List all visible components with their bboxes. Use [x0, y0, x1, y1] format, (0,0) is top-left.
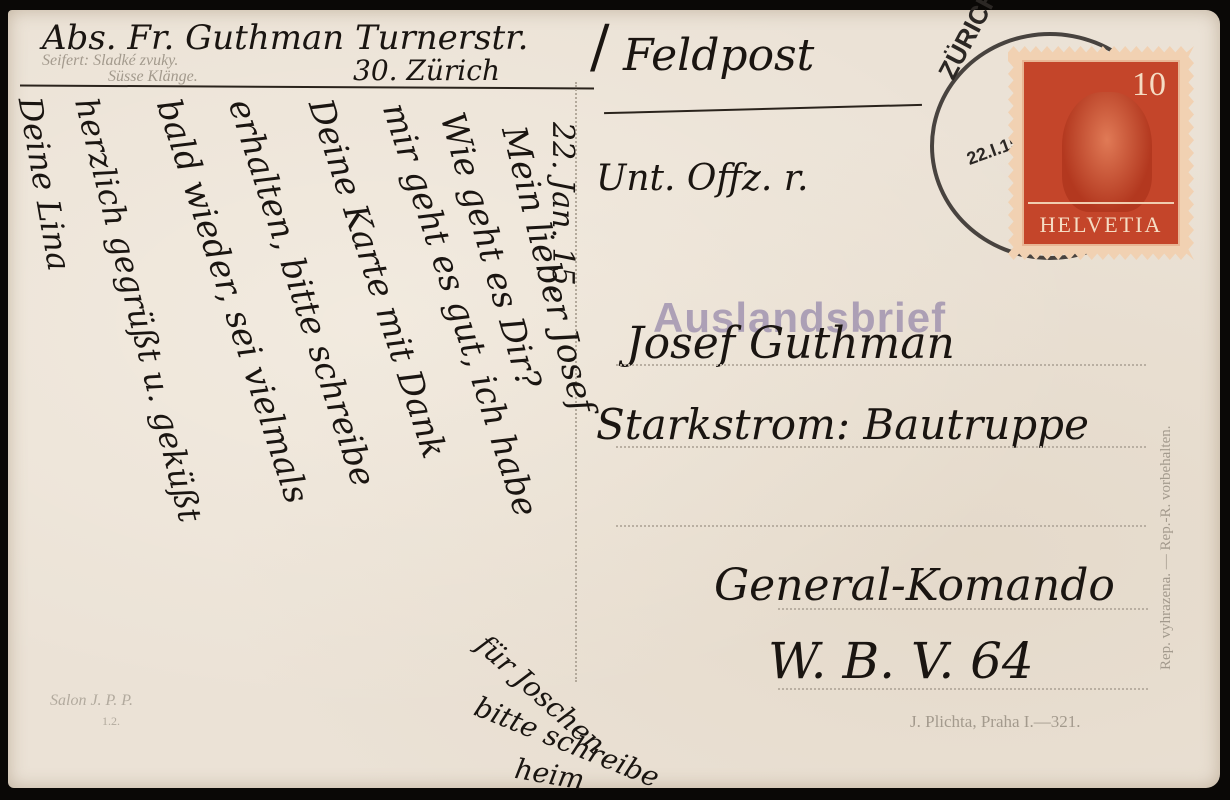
address-line-4	[778, 608, 1148, 610]
series-number: 1.2.	[102, 714, 120, 729]
recipient-location: W. B. V. 64	[768, 632, 1034, 690]
feldpost-marking: Feldpost	[623, 30, 814, 81]
stamp-value: 10	[1132, 66, 1166, 104]
recipient-rank: Unt. Offz. r.	[596, 158, 808, 199]
song-caption-line2: Süsse Klänge.	[108, 68, 198, 86]
recipient-command: General-Komando	[714, 560, 1115, 611]
address-line-5	[778, 688, 1148, 690]
recipient-unit: Starkstrom: Bautruppe	[596, 400, 1089, 449]
feldpost-underline	[604, 104, 922, 114]
sender-line2: 30. Zürich	[353, 54, 500, 87]
address-line-1	[616, 364, 1146, 366]
recipient-name: Josef Guthman	[626, 318, 955, 369]
series-mark: Salon J. P. P.	[50, 692, 133, 710]
rights-notice: Rep. vyhrazena. — Rep.-R. vorbehalten.	[1158, 425, 1175, 670]
publisher-imprint: J. Plichta, Praha I.—321.	[910, 712, 1080, 732]
top-rule	[20, 84, 594, 89]
message-line-8: Deine Lina	[11, 94, 79, 274]
postcard: Seifert: Sladké zvuky. Süsse Klänge. Abs…	[8, 10, 1220, 788]
address-line-2	[616, 446, 1146, 448]
slash-mark: /	[590, 12, 610, 80]
address-line-3	[616, 525, 1146, 527]
tell-portrait-icon	[1062, 92, 1152, 212]
stamp-face: 10 HELVETIA	[1022, 60, 1180, 246]
sender-line1: Abs. Fr. Guthman Turnerstr.	[42, 18, 528, 58]
stamp-band	[1028, 202, 1174, 204]
postage-stamp: 10 HELVETIA	[1008, 46, 1194, 260]
stamp-country: HELVETIA	[1024, 212, 1178, 238]
